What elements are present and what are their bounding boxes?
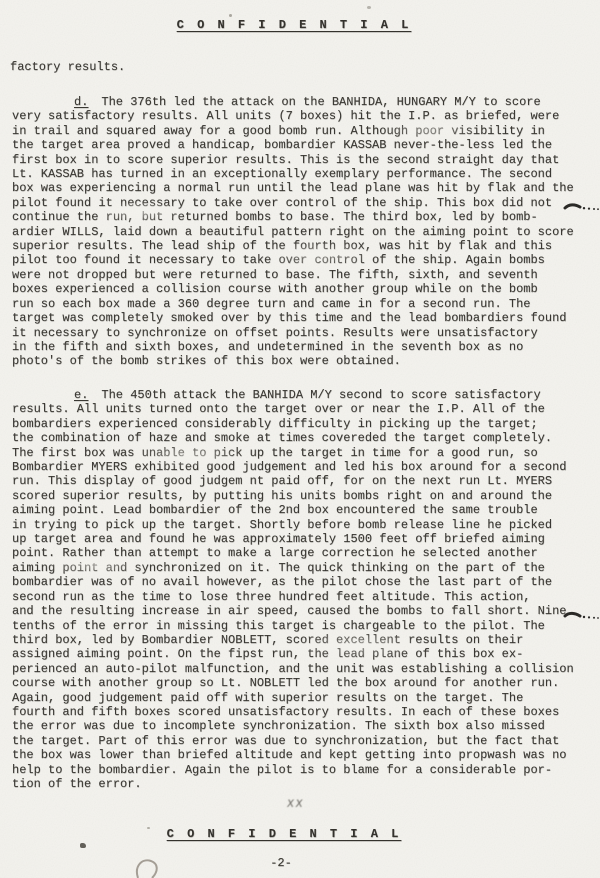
document-page: C O N F I D E N T I A L factory results.…	[0, 0, 600, 878]
paper-speck	[229, 14, 232, 17]
text-layer: C O N F I D E N T I A L factory results.…	[0, 0, 600, 878]
paragraph-d-first-text: The 376th led the attack on the BANHIDA,…	[101, 95, 540, 109]
paper-speck	[367, 6, 371, 9]
paragraph-e: e.The 450th attack the BANHIDA M/Y secon…	[12, 388, 594, 791]
struck-initials-mark: XX	[286, 799, 305, 811]
paper-speck	[147, 827, 150, 829]
page-number: -2-	[270, 856, 292, 870]
ink-blob-stain	[80, 843, 86, 848]
paragraph-e-marker: e.	[74, 388, 88, 402]
paragraph-d: d.The 376th led the attack on the BANHID…	[12, 95, 594, 369]
paragraph-e-first-line: e.The 450th attack the BANHIDA M/Y secon…	[12, 388, 594, 402]
pen-loop-stain	[130, 854, 172, 878]
margin-pen-mark-lower	[563, 609, 599, 627]
classification-header-top: C O N F I D E N T I A L	[177, 18, 412, 32]
intro-text: factory results.	[10, 60, 125, 74]
paragraph-e-first-text: The 450th attack the BANHIDA M/Y second …	[101, 388, 540, 402]
margin-pen-mark-upper	[563, 200, 599, 218]
paragraph-d-first-line: d.The 376th led the attack on the BANHID…	[12, 95, 594, 109]
paragraph-d-body: very satisfactory results. All units (7 …	[12, 109, 594, 368]
classification-header-bottom: C O N F I D E N T I A L	[167, 827, 402, 841]
paragraph-d-marker: d.	[74, 95, 88, 109]
paragraph-e-body: results. All units turned onto the targe…	[12, 402, 594, 791]
